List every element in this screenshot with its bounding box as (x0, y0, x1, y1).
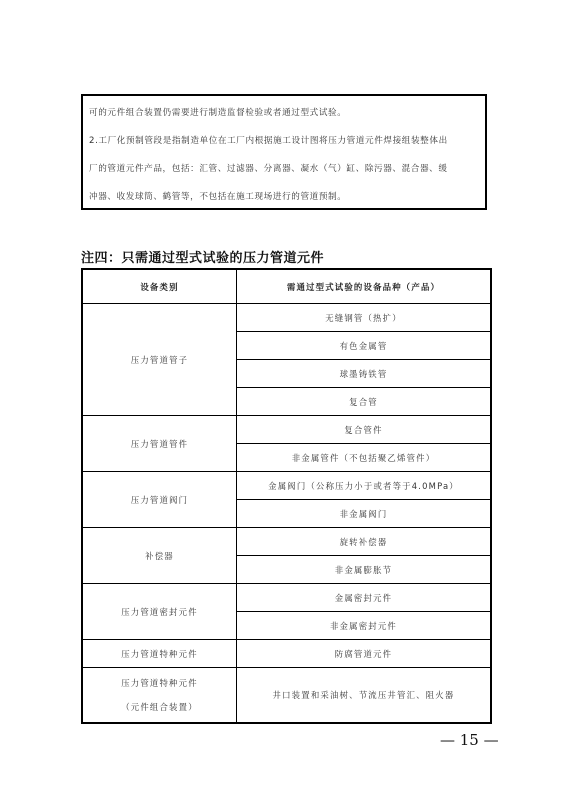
note-box: 可的元件组合装置仍需要进行制造监督检验或者通过型式试验。 2.工厂化预制管段是指… (81, 94, 487, 210)
category-cell: 补偿器 (82, 528, 237, 584)
table-header-row: 设备类别 需通过型式试验的设备品种（产品） (82, 269, 491, 304)
page-number: — 15 — (440, 731, 499, 749)
category-cell: 压力管道阀门 (82, 472, 237, 528)
category-cell: 压力管道特种元件 (82, 640, 237, 668)
product-cell: 非金属管件（不包括聚乙烯管件） (237, 444, 492, 472)
note-line: 可的元件组合装置仍需要进行制造监督检验或者通过型式试验。 (89, 106, 346, 118)
product-cell: 非金属膨胀节 (237, 556, 492, 584)
category-line-1: 压力管道特种元件 (83, 671, 236, 695)
note-line: 2.工厂化预制管段是指制造单位在工厂内根据施工设计图将压力管道元件焊接组装整体出 (89, 134, 448, 146)
product-cell: 防腐管道元件 (237, 640, 492, 668)
table-row: 压力管道特种元件 防腐管道元件 (82, 640, 491, 668)
product-cell: 有色金属管 (237, 332, 492, 360)
product-cell: 非金属阀门 (237, 500, 492, 528)
component-table: 设备类别 需通过型式试验的设备品种（产品） 压力管道管子 无缝钢管（热扩） 有色… (81, 268, 492, 724)
table-row: 压力管道管子 无缝钢管（热扩） (82, 304, 491, 332)
category-cell: 压力管道管件 (82, 416, 237, 472)
note-line: 冲器、收发球筒、鹤管等，不包括在施工现场进行的管道预制。 (89, 190, 346, 202)
category-cell: 压力管道密封元件 (82, 584, 237, 640)
product-cell: 金属密封元件 (237, 584, 492, 612)
section-title: 注四：只需通过型式试验的压力管道元件 (81, 247, 324, 266)
table-row: 补偿器 旋转补偿器 (82, 528, 491, 556)
header-category: 设备类别 (82, 269, 237, 304)
product-cell: 非金属密封元件 (237, 612, 492, 640)
header-product: 需通过型式试验的设备品种（产品） (237, 269, 492, 304)
product-cell: 复合管 (237, 388, 492, 416)
product-cell: 旋转补偿器 (237, 528, 492, 556)
product-cell: 球墨铸铁管 (237, 360, 492, 388)
category-cell: 压力管道特种元件 （元件组合装置） (82, 668, 237, 724)
category-cell: 压力管道管子 (82, 304, 237, 416)
category-line-2: （元件组合装置） (83, 695, 236, 719)
table-row: 压力管道密封元件 金属密封元件 (82, 584, 491, 612)
product-cell: 金属阀门（公称压力小于或者等于4.0MPa） (237, 472, 492, 500)
product-cell: 井口装置和采油树、节流压井管汇、阻火器 (237, 668, 492, 724)
product-cell: 复合管件 (237, 416, 492, 444)
table-row: 压力管道特种元件 （元件组合装置） 井口装置和采油树、节流压井管汇、阻火器 (82, 668, 491, 724)
table-row: 压力管道管件 复合管件 (82, 416, 491, 444)
note-line: 厂的管道元件产品，包括：汇管、过滤器、分离器、凝水（气）缸、除污器、混合器、缓 (89, 162, 448, 174)
table-row: 压力管道阀门 金属阀门（公称压力小于或者等于4.0MPa） (82, 472, 491, 500)
product-cell: 无缝钢管（热扩） (237, 304, 492, 332)
